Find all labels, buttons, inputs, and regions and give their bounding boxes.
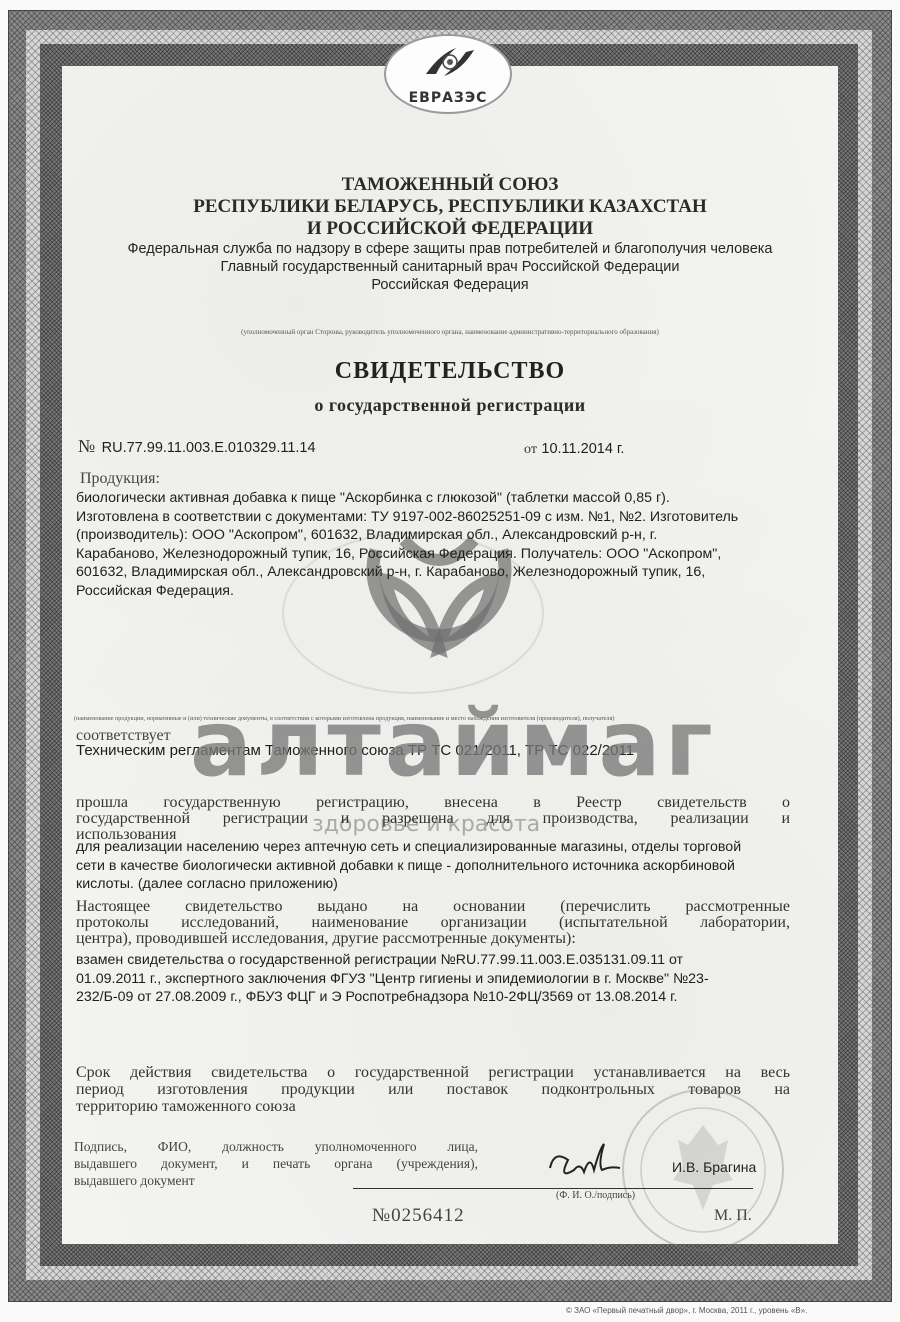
certificate-date-row: от 10.11.2014 г. <box>524 440 624 458</box>
form-serial-number: №0256412 <box>372 1205 465 1227</box>
header-russia: И РОССИЙСКОЙ ФЕДЕРАЦИИ <box>62 218 838 239</box>
date-prefix: от <box>524 442 537 457</box>
registration-usage: для реализации населению через аптечную … <box>76 838 846 894</box>
product-line: (производитель): ООО "Аскопром", 601632,… <box>76 526 836 545</box>
basis-line: протоколы исследований, наименование орг… <box>76 915 790 931</box>
authority-caption: (уполномоченный орган Стороны, руководит… <box>62 328 838 336</box>
usage-line: для реализации населению через аптечную … <box>76 838 846 857</box>
authority-service: Федеральная служба по надзору в сфере за… <box>62 240 838 258</box>
basis-statement: Настоящее свидетельство выдано на основа… <box>76 899 790 947</box>
product-label: Продукция: <box>80 470 160 488</box>
handwritten-signature-icon <box>544 1140 624 1190</box>
eurasec-emblem: ЕВРАЗЭС <box>384 34 512 114</box>
certificate-date: 10.11.2014 г. <box>541 441 624 457</box>
header-republics: РЕСПУБЛИКИ БЕЛАРУСЬ, РЕСПУБЛИКИ КАЗАХСТА… <box>62 196 838 217</box>
certificate-title: СВИДЕТЕЛЬСТВО <box>62 358 838 385</box>
printer-copyright: © ЗАО «Первый печатный двор», г. Москва,… <box>566 1306 807 1315</box>
number-sign: № <box>78 436 95 456</box>
authority-chief-doctor: Главный государственный санитарный врач … <box>62 258 838 276</box>
eurasec-logo-icon <box>422 44 478 80</box>
signature-label: Подпись, ФИО, должность уполномоченного … <box>74 1138 478 1189</box>
product-line: биологически активная добавка к пище "Ас… <box>76 489 836 508</box>
basis-documents: взамен свидетельства о государственной р… <box>76 951 836 1007</box>
certificate-number: RU.77.99.11.003.Е.010329.11.14 <box>102 440 316 456</box>
registration-line: прошла государственную регистрацию, внес… <box>76 795 790 811</box>
usage-line: кислоты. (далее согласно приложению) <box>76 875 846 894</box>
header-union: ТАМОЖЕННЫЙ СОЮЗ <box>62 174 838 195</box>
product-line: Российская Федерация. <box>76 582 836 601</box>
validity-line: Срок действия свидетельства о государств… <box>76 1064 790 1081</box>
certificate-number-row: № RU.77.99.11.003.Е.010329.11.14 <box>78 436 316 457</box>
basis-line: центра), проводившей исследования, други… <box>76 931 790 947</box>
altaimag-watermark: алтаймаг <box>190 690 717 797</box>
authority-country: Российская Федерация <box>62 276 838 294</box>
product-line: 601632, Владимирская обл., Александровск… <box>76 563 836 582</box>
emblem-label: ЕВРАЗЭС <box>409 90 488 106</box>
registration-line: государственной регистрации и разрешена … <box>76 811 790 827</box>
usage-line: сети в качестве биологически активной до… <box>76 857 846 876</box>
basis-document-line: 01.09.2011 г., экспертного заключения ФГ… <box>76 970 836 989</box>
signature-line <box>353 1188 753 1189</box>
registration-statement: прошла государственную регистрацию, внес… <box>76 795 790 843</box>
certificate-subtitle: о государственной регистрации <box>62 395 838 416</box>
product-line: Изготовлена в соответствии с документами… <box>76 508 836 527</box>
product-description: биологически активная добавка к пище "Ас… <box>76 489 836 601</box>
signature-caption: (Ф. И. О./подпись) <box>556 1190 635 1201</box>
basis-document-line: взамен свидетельства о государственной р… <box>76 951 836 970</box>
basis-document-line: 232/Б-09 от 27.08.2009 г., ФБУЗ ФЦГ и Э … <box>76 988 836 1007</box>
product-line: Карабаново, Железнодорожный тупик, 16, Р… <box>76 545 836 564</box>
seal-place-mark: М. П. <box>714 1207 752 1225</box>
signer-name: И.В. Брагина <box>672 1159 756 1175</box>
basis-line: Настоящее свидетельство выдано на основа… <box>76 899 790 915</box>
